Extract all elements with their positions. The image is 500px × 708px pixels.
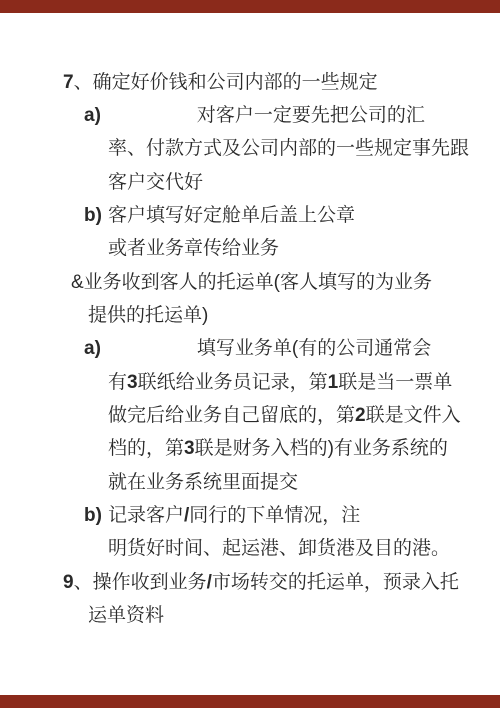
text-segment: 提供的托运单) bbox=[88, 306, 208, 326]
text-segment: 市场转交的托运单，预录入托 bbox=[212, 573, 459, 593]
bottom-banner bbox=[0, 695, 500, 708]
text-segment: 有 bbox=[108, 373, 127, 393]
text-segment: 联是财务入档的)有业务系统的 bbox=[195, 439, 448, 459]
text-segment: 2 bbox=[355, 406, 366, 426]
text-segment: 联是文件入 bbox=[366, 406, 461, 426]
text-line: 档的，第3联是财务入档的)有业务系统的 bbox=[108, 439, 448, 459]
text-segment: 同行的下单情况，注 bbox=[189, 506, 360, 526]
text-segment: &业务收到客人的托运单(客人填写的为业务 bbox=[71, 273, 432, 293]
document-page: 7、确定好价钱和公司内部的一些规定a)对客户一定要先把公司的汇率、付款方式及公司… bbox=[0, 0, 500, 708]
text-line: 明货好时间、起运港、卸货港及目的港。 bbox=[108, 539, 450, 559]
text-segment: 做完后给业务自己留底的，第 bbox=[108, 406, 355, 426]
text-line: b)客户填写好定舱单后盖上公章 bbox=[84, 206, 355, 226]
text-line: 客户交代好 bbox=[108, 173, 203, 193]
text-line: 7、确定好价钱和公司内部的一些规定 bbox=[63, 73, 378, 93]
text-segment: 对客户一定要先把公司的汇 bbox=[197, 106, 425, 126]
text-segment: 记录客户 bbox=[108, 506, 184, 526]
text-segment: 3 bbox=[184, 439, 195, 459]
text-segment: a) bbox=[84, 339, 101, 359]
text-line: a)填写业务单(有的公司通常会 bbox=[84, 339, 431, 359]
text-line: 做完后给业务自己留底的，第2联是文件入 bbox=[108, 406, 461, 426]
text-segment: b) bbox=[84, 206, 102, 226]
text-segment: 客户交代好 bbox=[108, 173, 203, 193]
text-line: 9、操作收到业务/市场转交的托运单，预录入托 bbox=[63, 573, 459, 593]
text-segment: 率、付款方式及公司内部的一些规定事先跟 bbox=[108, 139, 469, 159]
text-segment: 7 bbox=[63, 73, 74, 93]
text-segment: 3 bbox=[127, 373, 138, 393]
text-segment: 联纸给业务员记录，第 bbox=[138, 373, 328, 393]
text-segment: 明货好时间、起运港、卸货港及目的港。 bbox=[108, 539, 450, 559]
text-segment: a) bbox=[84, 106, 101, 126]
text-line: 或者业务章传给业务 bbox=[108, 239, 279, 259]
text-segment: 、操作收到业务 bbox=[74, 573, 207, 593]
top-banner bbox=[0, 0, 500, 13]
text-line: 率、付款方式及公司内部的一些规定事先跟 bbox=[108, 139, 469, 159]
text-line: 有3联纸给业务员记录，第1联是当一票单 bbox=[108, 373, 452, 393]
text-segment: 1 bbox=[328, 373, 339, 393]
text-segment: 、确定好价钱和公司内部的一些规定 bbox=[74, 73, 378, 93]
text-segment: b) bbox=[84, 506, 102, 526]
text-line: 提供的托运单) bbox=[88, 306, 208, 326]
text-segment: 或者业务章传给业务 bbox=[108, 239, 279, 259]
text-segment: 客户填写好定舱单后盖上公章 bbox=[108, 206, 355, 226]
text-line: 运单资料 bbox=[88, 606, 164, 626]
text-segment: 档的，第 bbox=[108, 439, 184, 459]
text-line: 就在业务系统里面提交 bbox=[108, 473, 298, 493]
text-segment: 运单资料 bbox=[88, 606, 164, 626]
text-segment: 就在业务系统里面提交 bbox=[108, 473, 298, 493]
text-segment: 联是当一票单 bbox=[338, 373, 452, 393]
text-line: &业务收到客人的托运单(客人填写的为业务 bbox=[71, 273, 432, 293]
text-segment: 填写业务单(有的公司通常会 bbox=[197, 339, 431, 359]
text-line: a)对客户一定要先把公司的汇 bbox=[84, 106, 425, 126]
text-segment: 9 bbox=[63, 573, 74, 593]
text-line: b)记录客户/同行的下单情况，注 bbox=[84, 506, 360, 526]
